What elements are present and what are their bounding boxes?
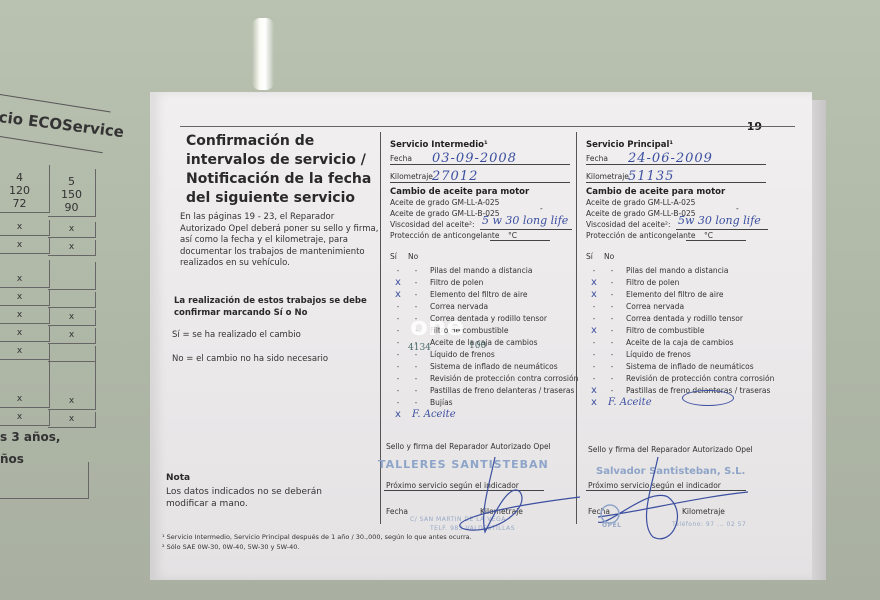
no-header: No xyxy=(408,252,426,261)
no-checkbox[interactable]: - xyxy=(606,289,618,301)
no-checkbox[interactable]: - xyxy=(606,265,618,277)
left-grid-cell: x xyxy=(48,240,96,256)
si-checkbox[interactable]: x xyxy=(392,289,404,301)
checklist-item-label: Pastillas de freno delanteras / traseras xyxy=(430,385,574,397)
date-value[interactable]: 03-09-2008 xyxy=(432,151,517,166)
note-text: Los datos indicados no se deberán modifi… xyxy=(166,486,356,510)
si-checkbox[interactable]: - xyxy=(392,361,404,373)
si-checkbox[interactable]: - xyxy=(588,313,600,325)
oil-grade-a-label: Aceite de grado GM-LL-A-025 xyxy=(586,198,695,207)
no-checkbox[interactable]: - xyxy=(410,385,422,397)
checklist-item-label: Sistema de inflado de neumáticos xyxy=(626,361,754,373)
next-date-label-1: Fecha xyxy=(386,507,408,516)
checklist-row: x-Pastillas de freno delanteras / traser… xyxy=(586,385,766,397)
si-checkbox[interactable]: x xyxy=(392,277,404,289)
checklist-item-label: Filtro de combustible xyxy=(626,325,704,337)
oil-grade-a-label: Aceite de grado GM-LL-A-025 xyxy=(390,198,499,207)
top-rule xyxy=(180,126,795,127)
oil-grade-a: Aceite de grado GM-LL-A-025- xyxy=(586,197,766,208)
viscosity-row: Viscosidad del aceite²:5 w 30 long life xyxy=(390,219,570,230)
checklist-row: --Sistema de inflado de neumáticos xyxy=(390,361,570,373)
si-checkbox[interactable]: x xyxy=(588,289,600,301)
viscosity-label: Viscosidad del aceite²: xyxy=(586,220,671,229)
left-grid-cell: x xyxy=(48,362,96,410)
left-grid-cell xyxy=(48,262,96,290)
date-label: Fecha xyxy=(390,154,412,163)
left-grid-cell xyxy=(48,346,96,362)
left-footer-box xyxy=(0,462,89,499)
si-checkbox[interactable]: x xyxy=(588,277,600,289)
si-checkbox[interactable]: x xyxy=(588,325,600,337)
footnote-1: ¹ Servicio Intermedio, Servicio Principa… xyxy=(162,532,472,542)
left-grid-cell: x xyxy=(0,326,50,342)
no-checkbox[interactable]: - xyxy=(606,325,618,337)
checklist-row: --Revisión de protección contra corrosió… xyxy=(586,373,766,385)
km-label: Kilometraje xyxy=(586,172,629,181)
no-checkbox[interactable]: - xyxy=(606,277,618,289)
checklist-row: --Líquido de frenos xyxy=(586,349,766,361)
left-grid-cell: x xyxy=(48,412,96,428)
si-checkbox[interactable]: - xyxy=(392,313,404,325)
checklist-item-label: Líquido de frenos xyxy=(626,349,691,361)
page-edge xyxy=(812,100,826,580)
left-grid-cell: x xyxy=(0,260,50,288)
antifreeze-label: Protección de anticongelante xyxy=(586,231,695,240)
service-title: Servicio Principal¹ xyxy=(586,140,766,150)
viscosity-label: Viscosidad del aceite²: xyxy=(390,220,475,229)
antifreeze-row: Protección de anticongelante°C xyxy=(390,230,570,241)
left-title-rule-bottom xyxy=(0,136,103,153)
no-checkbox[interactable]: - xyxy=(606,385,618,397)
antifreeze-row: Protección de anticongelante°C xyxy=(586,230,766,241)
no-checkbox[interactable]: - xyxy=(410,277,422,289)
si-checkbox[interactable]: - xyxy=(588,301,600,313)
checklist-row: --Pilas del mando a distancia xyxy=(390,265,570,277)
left-grid-cell: x xyxy=(0,410,50,426)
no-checkbox[interactable]: - xyxy=(410,265,422,277)
antifreeze-label: Protección de anticongelante xyxy=(390,231,499,240)
km-row: Kilometraje27012 xyxy=(390,168,570,183)
checklist-extra-row: xF. Aceite xyxy=(586,397,766,409)
left-column-header: 515090 xyxy=(48,169,96,217)
yes-definition: Sí = se ha realizado el cambio xyxy=(172,330,301,340)
checklist-item-label: Filtro de polen xyxy=(430,277,483,289)
checklist-item-label: Pilas del mando a distancia xyxy=(626,265,728,277)
confirm-instructions: La realización de estos trabajos se debe… xyxy=(174,295,394,319)
maintenance-checklist: --Pilas del mando a distanciax-Filtro de… xyxy=(586,265,766,409)
no-checkbox[interactable]: - xyxy=(606,349,618,361)
left-page-title: cio ECOService xyxy=(0,108,125,141)
viscosity-row: Viscosidad del aceite²:5w 30 long life xyxy=(586,219,766,230)
checklist-extra-row: xF. Aceite xyxy=(390,409,570,421)
no-checkbox[interactable]: - xyxy=(606,373,618,385)
si-checkbox[interactable]: - xyxy=(392,373,404,385)
signature-1 xyxy=(440,452,580,542)
checklist-item-label: Elemento del filtro de aire xyxy=(430,289,527,301)
service-intermediate: Servicio Intermedio¹Fecha03-09-2008Kilom… xyxy=(390,140,570,421)
date-row: Fecha24-06-2009 xyxy=(586,150,766,165)
extra-item-label: F. Aceite xyxy=(412,409,456,421)
oil-grade-a: Aceite de grado GM-LL-A-025- xyxy=(390,197,570,208)
left-footer-line1: s 3 años, xyxy=(0,430,60,444)
left-grid-cell: x xyxy=(0,238,50,254)
no-checkbox[interactable]: - xyxy=(606,361,618,373)
si-no-header: SíNo xyxy=(390,252,570,261)
antifreeze-underline xyxy=(490,240,550,241)
si-checkbox[interactable]: - xyxy=(392,325,404,337)
oil-change-title: Cambio de aceite para motor xyxy=(390,187,570,197)
no-checkbox[interactable]: - xyxy=(410,397,422,409)
oil-change-title: Cambio de aceite para motor xyxy=(586,187,766,197)
no-header: No xyxy=(604,252,622,261)
left-grid-cell: x xyxy=(0,360,50,408)
checklist-row: --Sistema de inflado de neumáticos xyxy=(586,361,766,373)
checklist-item-label: Filtro de polen xyxy=(626,277,679,289)
left-grid-cell: x xyxy=(48,328,96,344)
checklist-item-label: Revisión de protección contra corrosión xyxy=(430,373,578,385)
si-checkbox[interactable]: - xyxy=(588,349,600,361)
checklist-item-label: Bujías xyxy=(430,397,453,409)
watermark-number-1: 4134 xyxy=(408,343,431,353)
km-label: Kilometraje xyxy=(390,172,433,181)
checklist-row: --Bujías xyxy=(390,397,570,409)
no-checkbox[interactable]: - xyxy=(410,373,422,385)
light-glare xyxy=(252,18,274,90)
service-title: Servicio Intermedio¹ xyxy=(390,140,570,150)
si-checkbox[interactable]: x xyxy=(588,397,600,409)
left-grid-cell xyxy=(48,292,96,308)
checklist-row: x-Filtro de polen xyxy=(586,277,766,289)
left-grid-cell: x xyxy=(0,220,50,236)
si-checkbox[interactable]: - xyxy=(588,373,600,385)
si-checkbox[interactable]: - xyxy=(392,301,404,313)
date-row: Fecha03-09-2008 xyxy=(390,150,570,165)
checklist-item-label: Revisión de protección contra corrosión xyxy=(626,373,774,385)
intro-text: En las páginas 19 - 23, el Reparador Aut… xyxy=(180,212,380,270)
si-checkbox[interactable]: - xyxy=(392,265,404,277)
checklist-row: x-Filtro de combustible xyxy=(586,325,766,337)
si-checkbox[interactable]: x xyxy=(588,385,600,397)
si-checkbox[interactable]: - xyxy=(588,337,600,349)
checklist-item-label: Pilas del mando a distancia xyxy=(430,265,532,277)
antifreeze-underline xyxy=(686,240,746,241)
si-checkbox[interactable]: - xyxy=(392,397,404,409)
checklist-item-label: Elemento del filtro de aire xyxy=(626,289,723,301)
no-checkbox[interactable]: - xyxy=(410,289,422,301)
checklist-item-label: Correa dentada y rodillo tensor xyxy=(626,313,743,325)
no-checkbox[interactable]: - xyxy=(606,337,618,349)
watermark-number-2: 100 xyxy=(469,341,486,351)
si-header: Sí xyxy=(390,252,408,261)
si-checkbox[interactable]: - xyxy=(588,361,600,373)
checklist-row: --Pastillas de freno delanteras / traser… xyxy=(390,385,570,397)
si-header: Sí xyxy=(586,252,604,261)
checklist-row: x-Filtro de polen xyxy=(390,277,570,289)
footnote-2: ² Sólo SAE 0W-30, 0W-40, 5W-30 y 5W-40. xyxy=(162,542,472,552)
hand-drawn-circle xyxy=(682,390,734,406)
no-checkbox[interactable]: - xyxy=(606,301,618,313)
km-value[interactable]: 51135 xyxy=(628,169,674,184)
checklist-item-label: Correa nervada xyxy=(626,301,684,313)
service-principal: Servicio Principal¹Fecha24-06-2009Kilome… xyxy=(586,140,766,409)
si-checkbox[interactable]: - xyxy=(392,385,404,397)
no-checkbox[interactable]: - xyxy=(606,313,618,325)
no-checkbox[interactable]: - xyxy=(410,361,422,373)
signature-2 xyxy=(598,452,748,552)
checklist-row: x-Elemento del filtro de aire xyxy=(390,289,570,301)
extra-item-label: F. Aceite xyxy=(608,397,652,409)
left-grid-cell: x xyxy=(0,344,50,360)
checklist-item-label: Aceite de la caja de cambios xyxy=(626,337,734,349)
page-title: Confirmación de intervalos de servicio /… xyxy=(186,132,386,208)
si-no-header: SíNo xyxy=(586,252,766,261)
watermark-logo: one xyxy=(410,312,464,342)
service-page: 19 Confirmación de intervalos de servici… xyxy=(150,92,812,580)
date-label: Fecha xyxy=(586,154,608,163)
si-checkbox[interactable]: - xyxy=(392,337,404,349)
checklist-item-label: Sistema de inflado de neumáticos xyxy=(430,361,558,373)
km-value[interactable]: 27012 xyxy=(432,169,478,184)
checklist-row: --Pilas del mando a distancia xyxy=(586,265,766,277)
left-column-header: 412072 xyxy=(0,165,50,213)
footnotes: ¹ Servicio Intermedio, Servicio Principa… xyxy=(162,532,472,552)
checklist-row: x-Elemento del filtro de aire xyxy=(586,289,766,301)
km-row: Kilometraje51135 xyxy=(586,168,766,183)
checklist-row: --Correa nervada xyxy=(586,301,766,313)
checklist-row: --Correa dentada y rodillo tensor xyxy=(586,313,766,325)
si-checkbox[interactable]: - xyxy=(588,265,600,277)
viscosity-value[interactable]: 5w 30 long life xyxy=(678,215,761,226)
viscosity-value[interactable]: 5 w 30 long life xyxy=(482,215,568,226)
si-checkbox[interactable]: x xyxy=(392,409,404,421)
no-definition: No = el cambio no ha sido necesario xyxy=(172,354,328,364)
left-grid-cell: x xyxy=(0,308,50,324)
checklist-row: --Aceite de la caja de cambios xyxy=(586,337,766,349)
seal-label-1: Sello y firma del Reparador Autorizado O… xyxy=(386,442,551,451)
note-title: Nota xyxy=(166,473,190,483)
left-grid-cell: x xyxy=(48,310,96,326)
left-grid-cell: x xyxy=(0,290,50,306)
left-grid-cell: x xyxy=(48,222,96,238)
si-checkbox[interactable]: - xyxy=(392,349,404,361)
date-value[interactable]: 24-06-2009 xyxy=(628,151,713,166)
checklist-row: --Revisión de protección contra corrosió… xyxy=(390,373,570,385)
